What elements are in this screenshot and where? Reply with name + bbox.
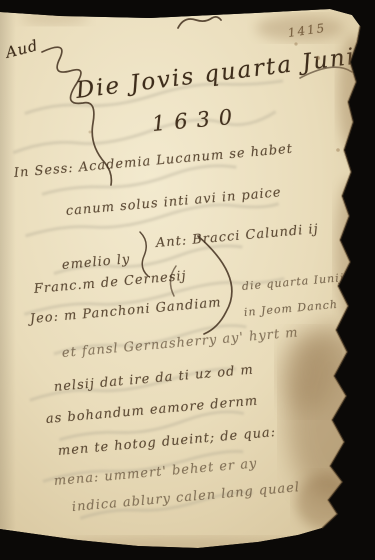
manuscript-scan: Aud 1415 Die Jovis quarta Junij 1630 In …: [0, 0, 375, 560]
background-surround: [0, 0, 375, 560]
